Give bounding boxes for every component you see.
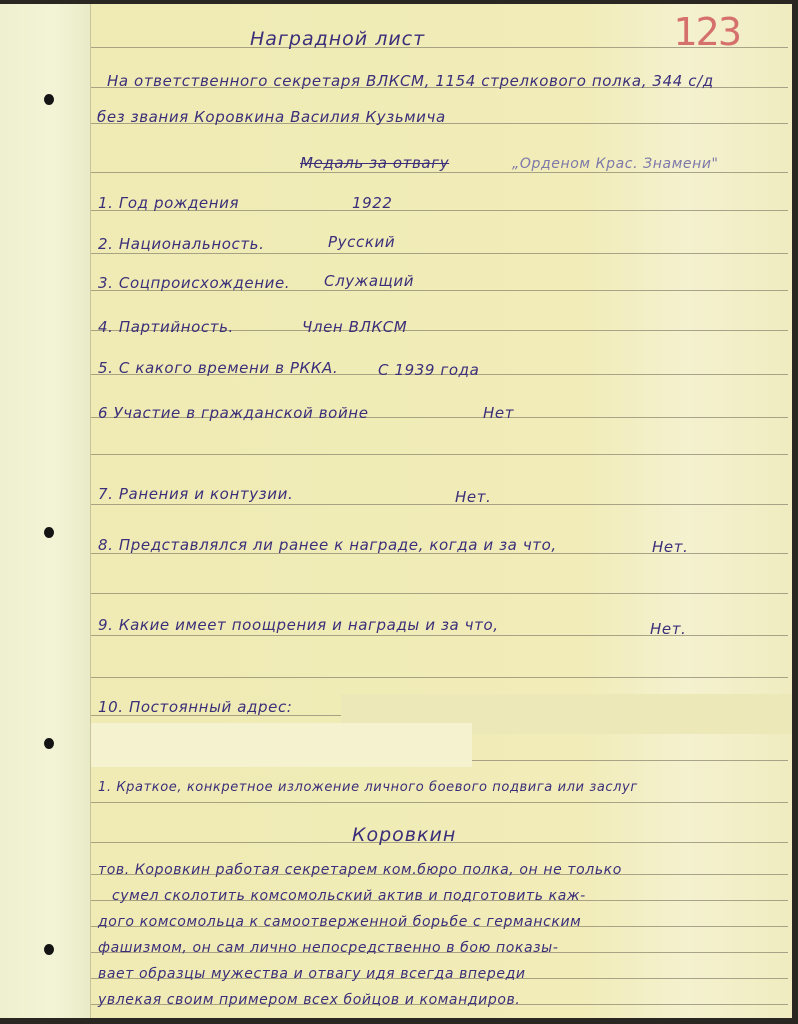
binding-margin xyxy=(0,4,91,1018)
redacted-address-block xyxy=(91,723,472,767)
field-value: Нет xyxy=(483,404,514,422)
document-title: Наградной лист xyxy=(250,28,425,50)
field-label: 8. Представлялся ли ранее к награде, ког… xyxy=(98,536,557,554)
field-label: 1. Год рождения xyxy=(98,194,239,212)
page-number: 123 xyxy=(673,10,740,54)
narrative-line: вает образцы мужества и отвагу идя всегд… xyxy=(98,966,526,982)
field-value: Нет. xyxy=(650,620,686,638)
punch-hole xyxy=(44,94,54,105)
field-label: 10. Постоянный адрес: xyxy=(98,698,292,716)
field-value: Член ВЛКСМ xyxy=(302,318,407,336)
field-value: С 1939 года xyxy=(378,361,479,379)
punch-hole xyxy=(44,944,54,955)
nominee-position: На ответственного секретаря ВЛКСМ, 1154 … xyxy=(107,72,714,90)
punch-hole xyxy=(44,738,54,749)
narrative-line: увлекая своим примером всех бойцов и ком… xyxy=(98,992,520,1008)
narrative-line: тов. Коровкин работая секретарем ком.бюр… xyxy=(98,862,622,878)
surname-heading: Коровкин xyxy=(352,824,456,846)
scan-edge xyxy=(792,0,798,1024)
award-corrected: „Орденом Крас. Знамени" xyxy=(512,156,719,172)
field-value: 1922 xyxy=(352,194,393,212)
field-label: 9. Какие имеет поощрения и награды и за … xyxy=(98,616,499,634)
nominee-name: без звания Коровкина Василия Кузьмича xyxy=(97,108,446,126)
field-label: 6 Участие в гражданской войне xyxy=(98,404,369,422)
field-label: 2. Национальность. xyxy=(98,235,265,253)
narrative-line: дого комсомольца к самоотверженной борьб… xyxy=(98,914,581,930)
award-struck: Медаль за отвагу xyxy=(300,154,449,172)
narrative-line: фашизмом, он сам лично непосредственно в… xyxy=(98,940,558,956)
field-label: 5. С какого времени в РККА. xyxy=(98,359,338,377)
punch-hole xyxy=(44,527,54,538)
field-value: Нет. xyxy=(455,488,491,506)
field-label: 3. Соцпроисхождение. xyxy=(98,274,290,292)
award-sheet: 123 Наградной лист На ответственного сек… xyxy=(0,4,792,1018)
field-value: Нет. xyxy=(652,538,688,556)
field-value: Русский xyxy=(328,233,395,251)
field-label: 4. Партийность. xyxy=(98,318,234,336)
field-label: 7. Ранения и контузии. xyxy=(98,485,293,503)
section-heading: 1. Краткое, конкретное изложение личного… xyxy=(98,780,638,795)
narrative-line: сумел сколотить комсомольский актив и по… xyxy=(112,888,586,904)
field-value: Служащий xyxy=(324,272,414,290)
